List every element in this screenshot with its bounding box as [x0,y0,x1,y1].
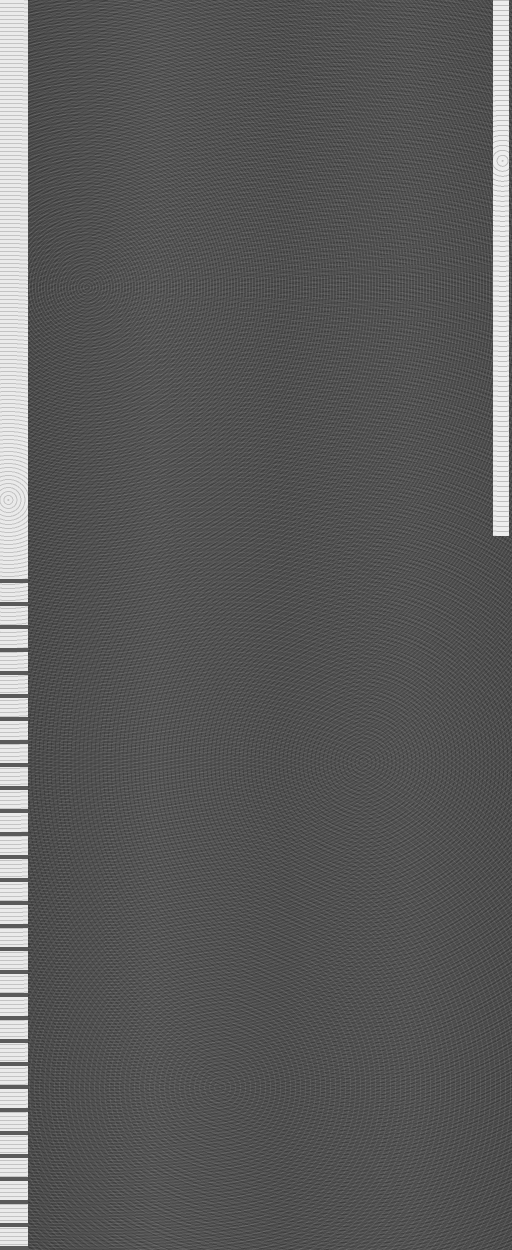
road-surface-photo [0,0,512,1250]
left-edge-lane-marking [0,0,28,1250]
marking-crack-pattern [0,560,28,1250]
right-lane-marking [493,0,509,536]
